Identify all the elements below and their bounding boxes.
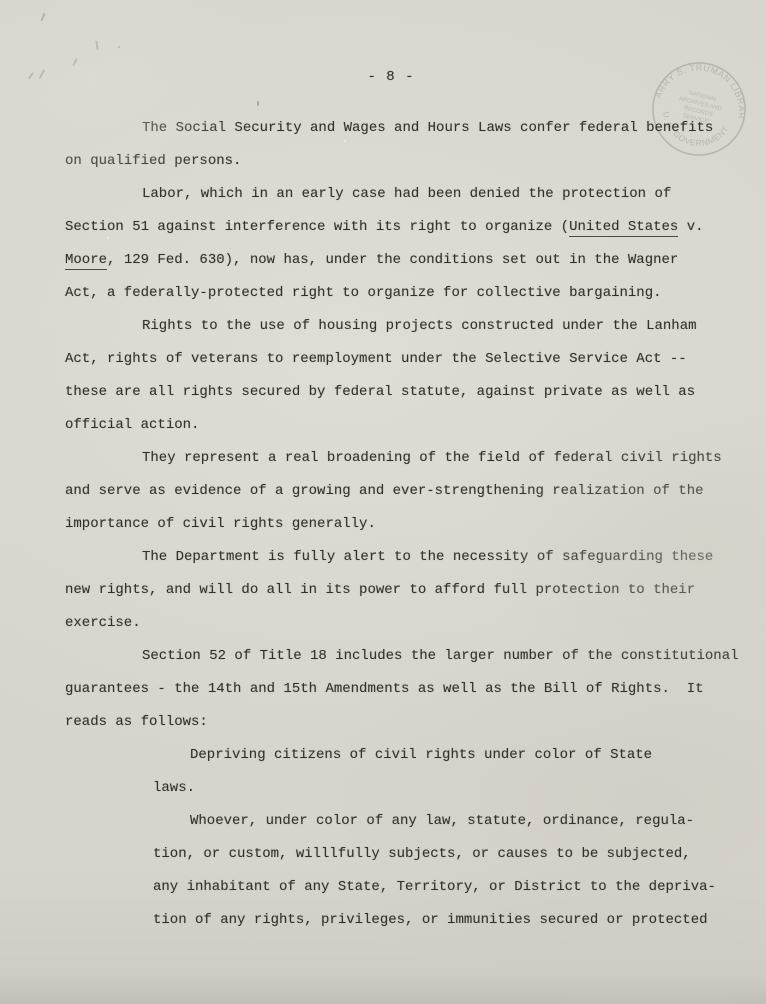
text-line: on qualified persons.: [65, 145, 736, 178]
text-line: They represent a real broadening of the …: [65, 442, 736, 475]
pencil-mark: [95, 41, 98, 50]
text-segment: these are all rights secured by federal …: [65, 384, 695, 400]
document-page: - 8 - HARRY S. TRUMAN LIBRARY U. S. GOVE…: [0, 0, 766, 1004]
text-line: Labor, which in an early case had been d…: [65, 178, 736, 211]
text-segment: The Department is fully alert to the nec…: [142, 549, 713, 565]
text-segment: Depriving citizens of civil rights under…: [190, 747, 652, 763]
page-number: - 8 -: [8, 69, 766, 85]
text-line: any inhabitant of any State, Territory, …: [65, 871, 736, 904]
pencil-mark: [257, 101, 259, 106]
text-line: Moore, 129 Fed. 630), now has, under the…: [65, 244, 736, 277]
text-segment: exercise.: [65, 615, 141, 631]
underlined-case-name: Moore: [65, 252, 107, 270]
text-segment: laws.: [153, 780, 195, 796]
text-line: importance of civil rights generally.: [65, 508, 736, 541]
pencil-mark: [118, 46, 120, 48]
text-line: laws.: [65, 772, 736, 805]
text-segment: Act, rights of veterans to reemployment …: [65, 351, 687, 367]
pencil-mark: [72, 58, 77, 66]
text-line: Act, a federally-protected right to orga…: [65, 277, 736, 310]
text-line: Section 52 of Title 18 includes the larg…: [65, 640, 736, 673]
text-segment: , 129 Fed. 630), now has, under the cond…: [107, 252, 678, 268]
text-line: guarantees - the 14th and 15th Amendment…: [65, 673, 736, 706]
underlined-case-name: United States: [569, 219, 678, 237]
text-segment: reads as follows:: [65, 714, 208, 730]
text-segment: tion, or custom, willlfully subjects, or…: [153, 846, 691, 862]
pencil-mark: [41, 13, 45, 21]
text-segment: new rights, and will do all in its power…: [65, 582, 695, 598]
text-segment: tion of any rights, privileges, or immun…: [153, 912, 708, 928]
text-segment: guarantees - the 14th and 15th Amendment…: [65, 681, 704, 697]
text-line: Depriving citizens of civil rights under…: [65, 739, 736, 772]
text-line: The Department is fully alert to the nec…: [65, 541, 736, 574]
text-segment: v.: [678, 219, 703, 235]
text-line: Rights to the use of housing projects co…: [65, 310, 736, 343]
text-line: these are all rights secured by federal …: [65, 376, 736, 409]
text-line: tion of any rights, privileges, or immun…: [65, 904, 736, 937]
text-segment: They represent a real broadening of the …: [142, 450, 722, 466]
text-line: Act, rights of veterans to reemployment …: [65, 343, 736, 376]
text-segment: The Social Security and Wages and Hours …: [142, 120, 713, 136]
text-segment: importance of civil rights generally.: [65, 516, 376, 532]
text-segment: Labor, which in an early case had been d…: [142, 186, 671, 202]
text-line: The Social Security and Wages and Hours …: [65, 112, 736, 145]
text-line: official action.: [65, 409, 736, 442]
text-line: Section 51 against interference with its…: [65, 211, 736, 244]
text-line: reads as follows:: [65, 706, 736, 739]
text-segment: Section 51 against interference with its…: [65, 219, 569, 235]
text-segment: Whoever, under color of any law, statute…: [190, 813, 694, 829]
text-line: exercise.: [65, 607, 736, 640]
text-line: Whoever, under color of any law, statute…: [65, 805, 736, 838]
text-segment: official action.: [65, 417, 199, 433]
text-segment: on qualified persons.: [65, 153, 241, 169]
text-segment: and serve as evidence of a growing and e…: [65, 483, 704, 499]
text-segment: Rights to the use of housing projects co…: [142, 318, 697, 334]
text-line: tion, or custom, willlfully subjects, or…: [65, 838, 736, 871]
text-segment: any inhabitant of any State, Territory, …: [153, 879, 716, 895]
text-segment: Section 52 of Title 18 includes the larg…: [142, 648, 739, 664]
text-segment: Act, a federally-protected right to orga…: [65, 285, 662, 301]
document-body: The Social Security and Wages and Hours …: [65, 112, 736, 937]
text-line: and serve as evidence of a growing and e…: [65, 475, 736, 508]
text-line: new rights, and will do all in its power…: [65, 574, 736, 607]
